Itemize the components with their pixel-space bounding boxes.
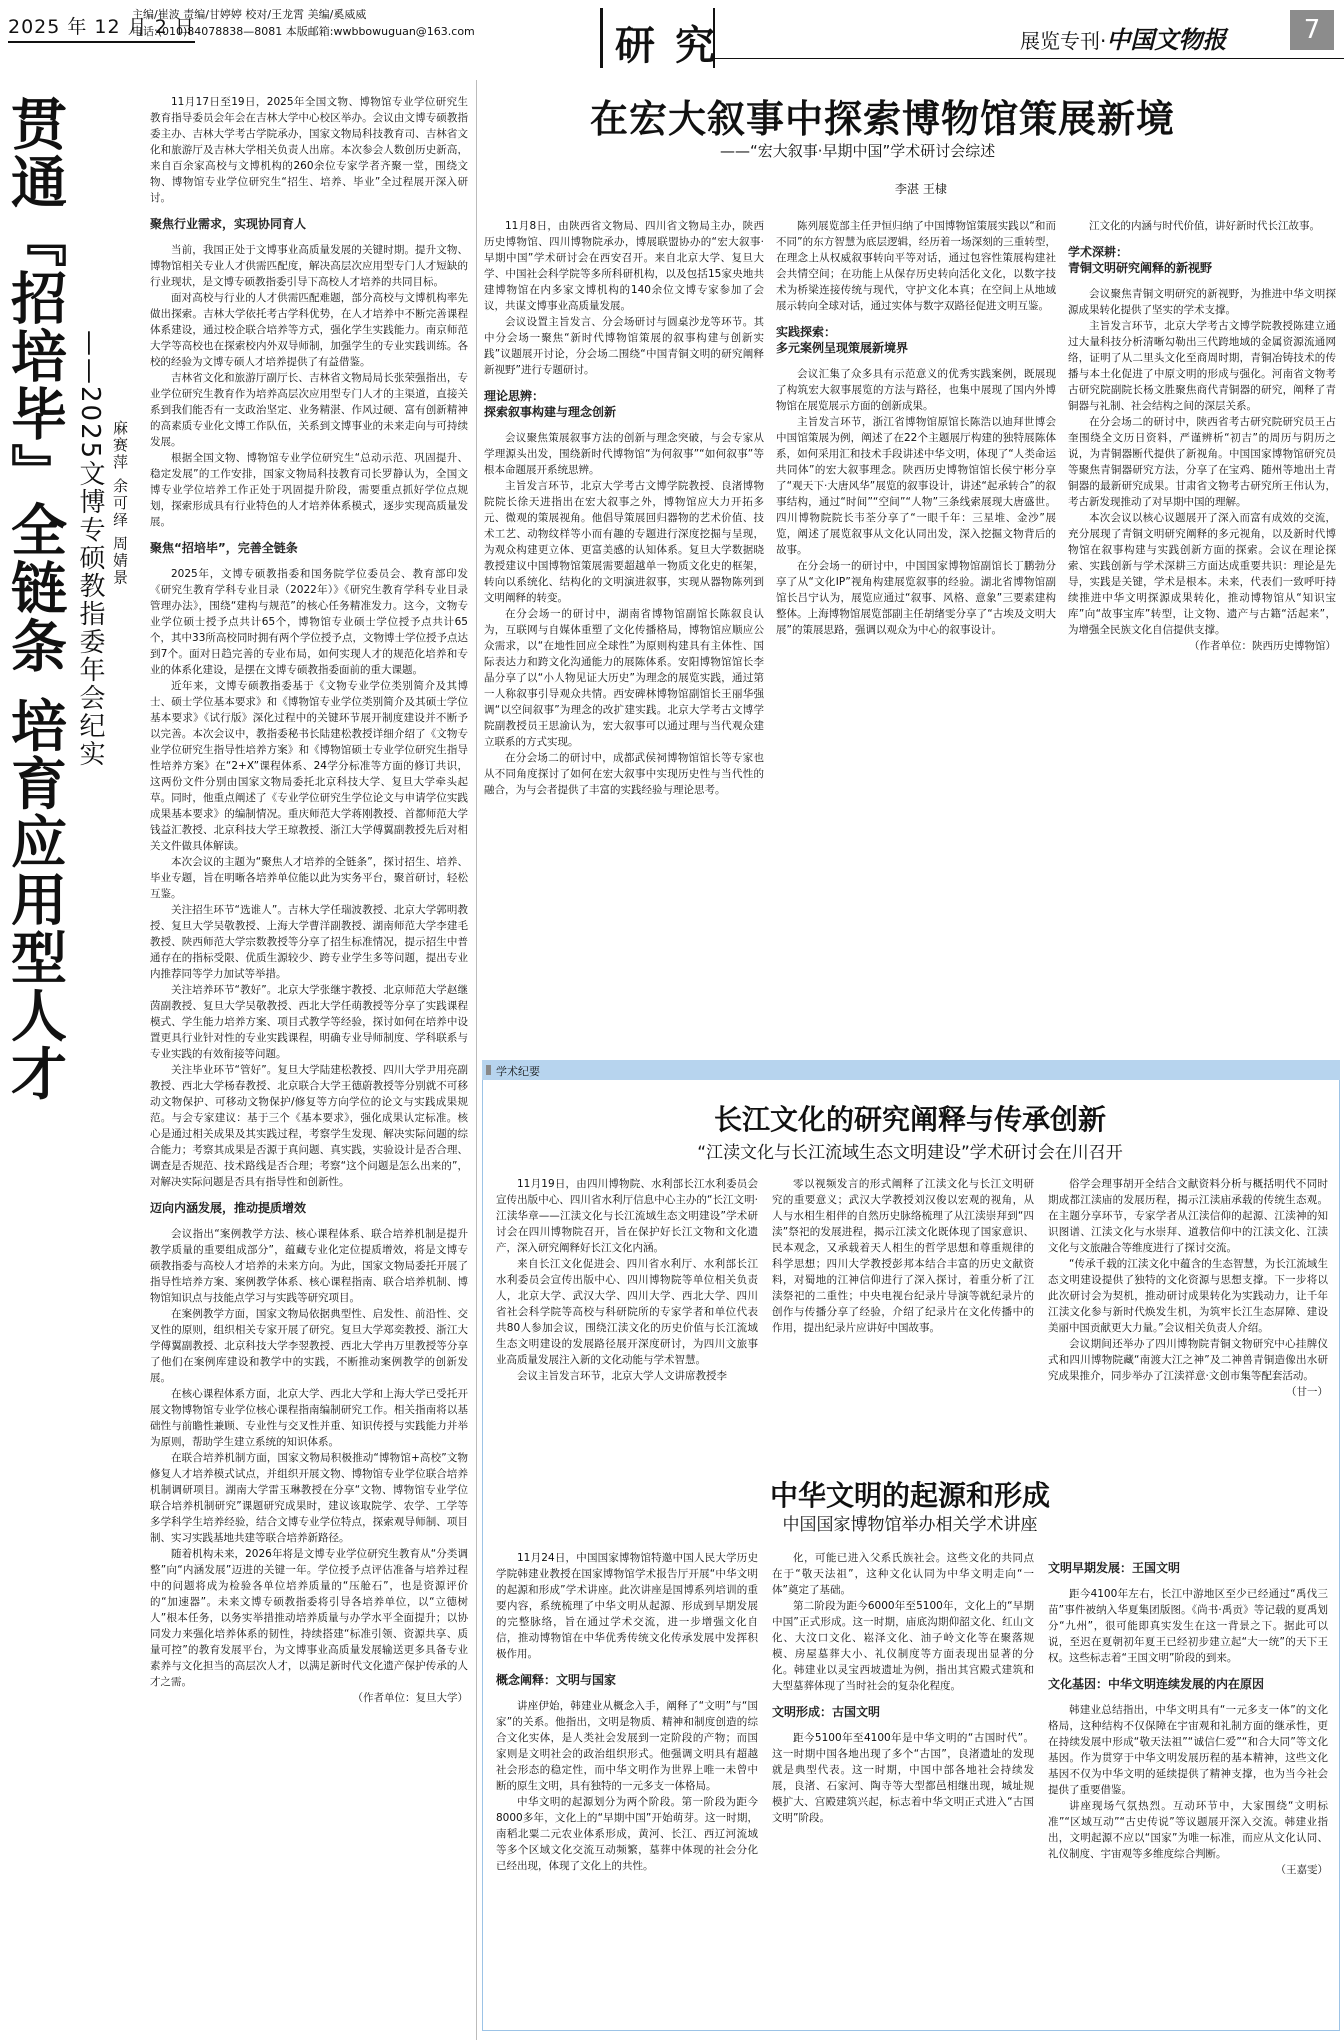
credits-line-2: 电话:(010)84078838—8081 本版邮箱:wwbbowuguan@1… — [132, 23, 475, 40]
paragraph: 陈列展览部主任尹恒归纳了中国博物馆策展实践以“和而不同”的东方智慧为底层逻辑，经… — [776, 218, 1056, 314]
brand-prefix: 展览专刊· — [1020, 29, 1106, 53]
paragraph: 面对高校与行业的人才供需匹配难题，部分高校与文博机构率先做出探索。吉林大学依托考… — [150, 290, 468, 370]
paragraph: 关注培养环节“教好”。北京大学张继宇教授、北京师范大学赵继茵副教授、复旦大学吴敬… — [150, 982, 468, 1062]
article2-column-2: 陈列展览部主任尹恒归纳了中国博物馆策展实践以“和而不同”的东方智慧为底层逻辑，经… — [776, 218, 1056, 1048]
author-affiliation: （甘一） — [1048, 1384, 1328, 1400]
article2-authors: 李湛 王棣 — [895, 180, 947, 197]
paragraph: 11月8日，由陕西省文物局、四川省文物局主办，陕西历史博物馆、四川博物院承办，博… — [484, 218, 764, 314]
paragraph: 关注招生环节“选谁人”。吉林大学任瑞波教授、北京大学郭明教授、复旦大学吴敬教授、… — [150, 902, 468, 982]
subheading: 迈向内涵发展，推动提质增效 — [150, 1200, 468, 1216]
author-affiliation: （作者单位：复旦大学） — [150, 1690, 468, 1706]
section-title: 研究 — [615, 14, 735, 71]
paragraph: 会议主旨发言环节，北京大学人文讲席教授李 — [496, 1368, 758, 1384]
masthead-divider — [600, 8, 603, 68]
paragraph: 讲座伊始，韩建业从概念入手，阐释了“文明”与“国家”的关系。他指出，文明是物质、… — [496, 1698, 758, 1794]
paragraph: 化，可能已进入父系氏族社会。这些文化的共同点在于“敬天法祖”，这种文化认同为中华… — [772, 1550, 1034, 1598]
paragraph: 会议指出“案例教学方法、核心课程体系、联合培养机制是提升教学质量的重要组成部分”… — [150, 1226, 468, 1306]
paragraph: 第二阶段为距今6000年至5100年，文化上的“早期中国”正式形成。这一时期，庙… — [772, 1598, 1034, 1694]
paragraph: 距今4100年左右，长江中游地区至少已经通过“禹伐三苗”事件被纳入华夏集团版图。… — [1048, 1586, 1328, 1666]
article3-title: 长江文化的研究阐释与传承创新 — [482, 1098, 1338, 1138]
header-rule — [715, 58, 1344, 59]
box-header: 学术纪要 — [482, 1060, 1340, 1080]
subheading: 文明早期发展：王国文明 — [1048, 1560, 1328, 1576]
article1-subtitle: ——2025文博专硕教指委年会纪实 — [72, 330, 109, 768]
article4-title: 中华文明的起源和形成 — [482, 1474, 1338, 1514]
paragraph: 会议聚焦策展叙事方法的创新与理念突破，与会专家从学理源头出发，围绕新时代博物馆“… — [484, 430, 764, 478]
subheading: 学术深耕： 青铜文明研究阐释的新视野 — [1068, 244, 1336, 276]
paragraph: 在联合培养机制方面，国家文物局积极推动“博物馆+高校”文物修复人才培养模式试点，… — [150, 1450, 468, 1546]
paragraph: 主旨发言环节，北京大学考古文博学院教授、良渚博物院院长徐天进指出在宏大叙事之外，… — [484, 478, 764, 606]
subheading: 概念阐释：文明与国家 — [496, 1672, 758, 1688]
article3-column-3: 俗学会理事胡开全结合文献资料分析与概括明代不同时期成都江渎庙的发展历程，揭示江渎… — [1048, 1176, 1328, 1431]
paragraph: 主旨发言环节，北京大学考古文博学院教授陈建立通过大量科技分析清晰勾勒出三代跨地域… — [1068, 318, 1336, 414]
paragraph: 会议汇集了众多具有示范意义的优秀实践案例，既展现了构筑宏大叙事展览的方法与路径，… — [776, 366, 1056, 414]
paragraph: 零以视频发言的形式阐释了江渎文化与长江文明研究的重要意义；武汉大学教授刘汉俊以宏… — [772, 1176, 1034, 1336]
paragraph: 来自长江文化促进会、四川省水利厅、水利部长江水利委员会宣传出版中心、四川博物院等… — [496, 1256, 758, 1368]
article3-subtitle: “江渎文化与长江流域生态文明建设”学术研讨会在川召开 — [482, 1138, 1338, 1163]
paragraph: 在核心课程体系方面，北京大学、西北大学和上海大学已受托开展文物博物馆专业学位核心… — [150, 1386, 468, 1450]
paragraph: 距今5100年至4100年是中华文明的“古国时代”。这一时期中国各地出现了多个“… — [772, 1730, 1034, 1826]
brand-name: 中国文物报 — [1106, 25, 1226, 54]
paragraph: 根据全国文物、博物馆专业学位研究生“总动示范、巩固提升、稳定发展”的工作安排，国… — [150, 450, 468, 530]
page-number: 7 — [1290, 10, 1334, 50]
paragraph: 随着机构未来，2026年将是文博专业学位研究生教育从“分类调整”向“内涵发展”迈… — [150, 1546, 468, 1690]
subheading: 文化基因：中华文明连续发展的内在原因 — [1048, 1676, 1328, 1692]
paragraph: 当前，我国正处于文博事业高质量发展的关键时期。提升文物、博物馆相关专业人才供需匹… — [150, 242, 468, 290]
paragraph: 在案例教学方面，国家文物局依据典型性、启发性、前沿性、交叉性的原则，组织相关专家… — [150, 1306, 468, 1386]
paragraph: 在分会场一的研讨中，湖南省博物馆副馆长陈叙良认为，互联网与自媒体重塑了文化传播格… — [484, 606, 764, 750]
article2-column-1: 11月8日，由陕西省文物局、四川省文物局主办，陕西历史博物馆、四川博物院承办，博… — [484, 218, 764, 1048]
box-label: 学术纪要 — [496, 1063, 540, 1079]
column-divider — [476, 80, 477, 2040]
paragraph: 本次会议以核心议题展开了深入而富有成效的交流，充分展现了青铜文明研究阐释的多元视… — [1068, 510, 1336, 638]
subheading: 理论思辨： 探索叙事构建与理念创新 — [484, 388, 764, 420]
paragraph: 11月24日，中国国家博物馆特邀中国人民大学历史学院韩建业教授在国家博物馆学术报… — [496, 1550, 758, 1662]
paragraph: 吉林省文化和旅游厅副厅长、吉林省文物局局长张荣强指出，专业学位研究生教育作为培养… — [150, 370, 468, 450]
masthead-divider-2 — [713, 8, 715, 68]
article2-title: 在宏大叙事中探索博物馆策展新境 — [590, 88, 1175, 143]
paragraph: 近年来，文博专硕教指委基于《文物专业学位类别简介及其博士、硕士学位基本要求》和《… — [150, 678, 468, 854]
paragraph: 讲座现场气氛热烈。互动环节中，大家围绕“文明标准”“区域互动”“古史传说”等议题… — [1048, 1798, 1328, 1862]
paragraph: 江文化的内涵与时代价值，讲好新时代长江故事。 — [1068, 218, 1336, 234]
paragraph: 俗学会理事胡开全结合文献资料分析与概括明代不同时期成都江渎庙的发展历程，揭示江渎… — [1048, 1176, 1328, 1256]
paragraph: 会议期间还举办了四川博物院青铜文物研究中心挂牌仪式和四川博物院藏“南渡大江之神”… — [1048, 1336, 1328, 1384]
box-marker-icon — [486, 1065, 491, 1075]
paragraph: 在分会场二的研讨中，成都武侯祠博物馆馆长等专家也从不同角度探讨了如何在宏大叙事中… — [484, 750, 764, 798]
article2-subtitle: ——“宏大叙事·早期中国”学术研讨会综述 — [720, 140, 995, 161]
author-affiliation: （王嘉雯） — [1048, 1862, 1328, 1878]
article1-body: 11月17日至19日，2025年全国文物、博物馆专业学位研究生教育指导委员会年会… — [150, 94, 468, 1874]
subheading: 聚焦“招培毕”，完善全链条 — [150, 540, 468, 556]
article4-column-2: 化，可能已进入父系氏族社会。这些文化的共同点在于“敬天法祖”，这种文化认同为中华… — [772, 1550, 1034, 2020]
article4-column-3: 文明早期发展：王国文明距今4100年左右，长江中游地区至少已经通过“禹伐三苗”事… — [1048, 1550, 1328, 2020]
newspaper-brand: 展览专刊·中国文物报 — [1020, 20, 1226, 55]
subheading: 实践探索： 多元案例呈现策展新境界 — [776, 324, 1056, 356]
paragraph: 会议设置主旨发言、分会场研讨与圆桌沙龙等环节。其中分会场一聚焦“新时代博物馆策展… — [484, 314, 764, 378]
paragraph: 11月19日，由四川博物院、水利部长江水利委员会宣传出版中心、四川省水利厅信息中… — [496, 1176, 758, 1256]
subheading: 聚焦行业需求，实现协同育人 — [150, 216, 468, 232]
paragraph: 中华文明的起源划分为两个阶段。第一阶段为距今8000多年，文化上的“早期中国”开… — [496, 1794, 758, 1874]
article3-column-2: 零以视频发言的形式阐释了江渎文化与长江文明研究的重要意义；武汉大学教授刘汉俊以宏… — [772, 1176, 1034, 1431]
article2-column-3: 江文化的内涵与时代价值，讲好新时代长江故事。学术深耕： 青铜文明研究阐释的新视野… — [1068, 218, 1336, 1048]
paragraph: 会议聚焦青铜文明研究的新视野，为推进中华文明探源成果转化提供了坚实的学术支撑。 — [1068, 286, 1336, 318]
author-affiliation: （作者单位：陕西历史博物馆） — [1068, 638, 1336, 654]
paragraph: 主旨发言环节，浙江省博物馆原馆长陈浩以迪拜世博会中国馆策展为例，阐述了在22个主… — [776, 414, 1056, 558]
article4-column-1: 11月24日，中国国家博物馆特邀中国人民大学历史学院韩建业教授在国家博物馆学术报… — [496, 1550, 758, 2020]
paragraph: 在分会场二的研讨中，陕西省考古研究院研究员王占奎围绕全文历日资料，严谨辨析“初吉… — [1068, 414, 1336, 510]
credits-line-1: 主编/崔波 责编/甘婷婷 校对/王龙霄 美编/奚威威 — [132, 6, 475, 23]
editor-credits: 主编/崔波 责编/甘婷婷 校对/王龙霄 美编/奚威威 电话:(010)84078… — [132, 6, 475, 40]
article1-title: 贯通『招培毕』全链条 培育应用型人才 — [4, 95, 66, 1103]
paragraph: 韩建业总结指出，中华文明具有“一元多支一体”的文化格局，这种结构不仅保障在宇宙观… — [1048, 1702, 1328, 1798]
article4-subtitle: 中国国家博物馆举办相关学术讲座 — [482, 1510, 1338, 1535]
paragraph: 在分会场一的研讨中，中国国家博物馆副馆长丁鹏勃分享了从“文化IP”视角构建展览叙… — [776, 558, 1056, 638]
article1-authors: 麻赛萍 余可绎 周婧景 — [110, 420, 131, 587]
paragraph: 本次会议的主题为“聚焦人才培养的全链条”，探讨招生、培养、毕业专题，旨在明晰各培… — [150, 854, 468, 902]
subheading: 文明形成：古国文明 — [772, 1704, 1034, 1720]
paragraph: 11月17日至19日，2025年全国文物、博物馆专业学位研究生教育指导委员会年会… — [150, 94, 468, 206]
paragraph: 2025年，文博专硕教指委和国务院学位委员会、教育部印发《研究生教育学科专业目录… — [150, 566, 468, 678]
paragraph: “传承千载的江渎文化中蕴含的生态智慧，为长江流域生态文明建设提供了独特的文化资源… — [1048, 1256, 1328, 1336]
paragraph: 关注毕业环节“管好”。复旦大学陆建松教授、四川大学尹用亮副教授、西北大学杨春教授… — [150, 1062, 468, 1190]
article3-column-1: 11月19日，由四川博物院、水利部长江水利委员会宣传出版中心、四川省水利厅信息中… — [496, 1176, 758, 1431]
